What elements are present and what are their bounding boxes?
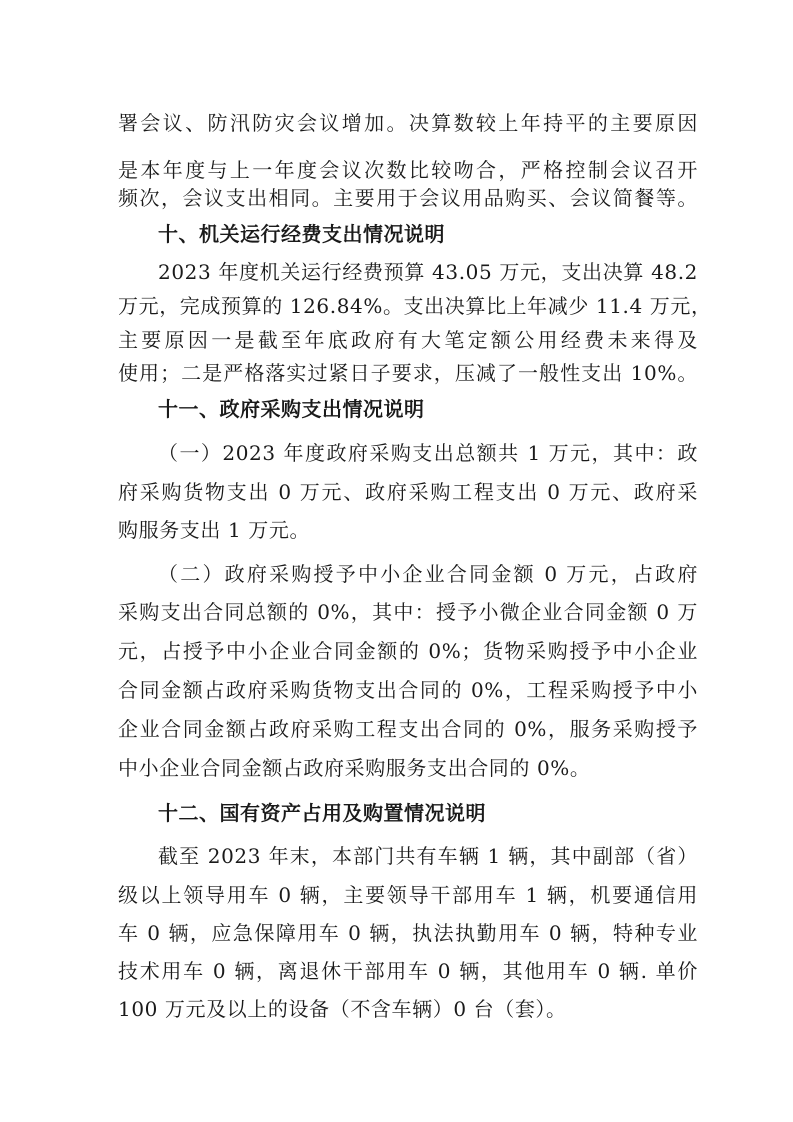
paragraph-line: （一）2023 年度政府采购支出总额共 1 万元，其中：政 (158, 437, 698, 469)
paragraph-line: （二）政府采购授予中小企业合同金额 0 万元，占政府 (158, 558, 698, 590)
document-page: 署会议、防汛防灾会议增加。决算数较上年持平的主要原因 是本年度与上一年度会议次数… (0, 0, 793, 1122)
paragraph-line: 主要原因一是截至年底政府有大笔定额公用经费未来得及 (118, 324, 698, 356)
paragraph-line: 截至 2023 年末，本部门共有车辆 1 辆，其中副部（省） (158, 840, 698, 872)
section-heading: 十二、国有资产占用及购置情况说明 (158, 797, 486, 829)
paragraph-line: 使用；二是严格落实过紧日子要求，压减了一般性支出 10%。 (118, 357, 698, 389)
paragraph-line: 合同金额占政府采购货物支出合同的 0%，工程采购授予中小 (118, 674, 698, 706)
paragraph-line: 频次，会议支出相同。主要用于会议用品购买、会议简餐等。 (118, 182, 698, 214)
paragraph-line: 署会议、防汛防灾会议增加。决算数较上年持平的主要原因 (118, 107, 698, 139)
section-heading: 十、机关运行经费支出情况说明 (158, 218, 445, 250)
paragraph-line: 府采购货物支出 0 万元、政府采购工程支出 0 万元、政府采 (118, 476, 698, 508)
paragraph-line: 级以上领导用车 0 辆，主要领导干部用车 1 辆，机要通信用 (118, 879, 698, 911)
section-heading: 十一、政府采购支出情况说明 (158, 393, 425, 425)
paragraph-line: 技术用车 0 辆，离退休干部用车 0 辆，其他用车 0 辆. 单价 (118, 955, 698, 987)
paragraph-line: 中小企业合同金额占政府采购服务支出合同的 0%。 (118, 752, 698, 784)
paragraph-line: 万元，完成预算的 126.84%。支出决算比上年减少 11.4 万元， (118, 290, 698, 322)
paragraph-line: 企业合同金额占政府采购工程支出合同的 0%，服务采购授予 (118, 713, 698, 745)
paragraph-line: 100 万元及以上的设备（不含车辆）0 台（套）。 (118, 993, 698, 1025)
paragraph-line: 2023 年度机关运行经费预算 43.05 万元，支出决算 48.2 (158, 256, 698, 288)
paragraph-line: 元，占授予中小企业合同金额的 0%；货物采购授予中小企业 (118, 635, 698, 667)
paragraph-line: 车 0 辆，应急保障用车 0 辆，执法执勤用车 0 辆，特种专业 (118, 917, 698, 949)
paragraph-line: 采购支出合同总额的 0%，其中：授予小微企业合同金额 0 万 (118, 596, 698, 628)
paragraph-line: 购服务支出 1 万元。 (118, 514, 698, 546)
